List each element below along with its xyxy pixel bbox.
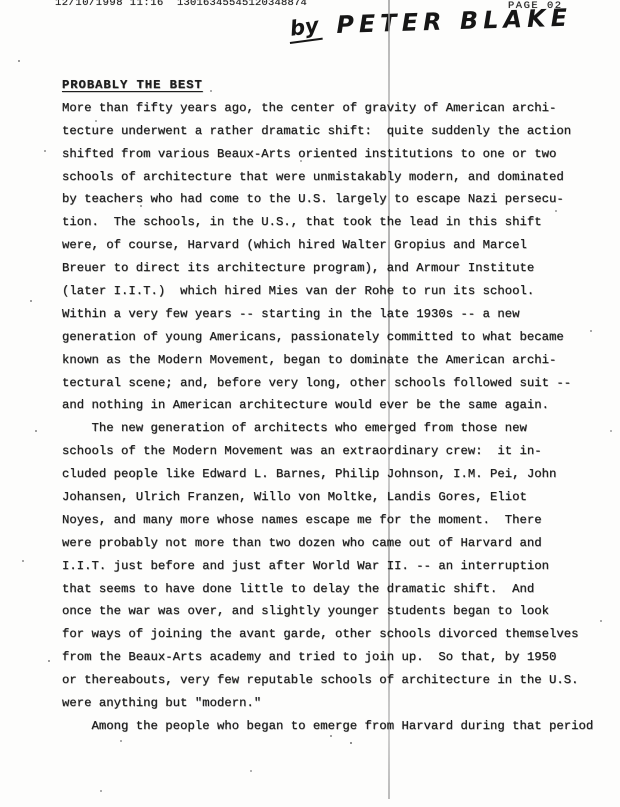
fax-number: 13016345545120348874 xyxy=(177,0,307,9)
text-line: for ways of joining the avant garde, oth… xyxy=(62,623,582,646)
text-line: or thereabouts, very few reputable schoo… xyxy=(62,669,582,692)
text-line: were anything but "modern." xyxy=(62,692,582,715)
scan-noise xyxy=(0,0,2,2)
fax-datetime: 12/10/1998 11:16 xyxy=(55,0,164,9)
text-line: Within a very few years -- starting in t… xyxy=(62,303,582,326)
text-line: Noyes, and many more whose names escape … xyxy=(62,509,582,532)
text-line: were probably not more than two dozen wh… xyxy=(62,532,582,555)
handwritten-author-name: PETER BLAKE xyxy=(336,4,573,39)
text-line: tion. The schools, in the U.S., that too… xyxy=(62,211,582,234)
text-line: (later I.I.T.) which hired Mies van der … xyxy=(62,280,582,303)
text-line: Among the people who began to emerge fro… xyxy=(62,715,582,738)
text-line: More than fifty years ago, the center of… xyxy=(62,97,582,120)
text-line: schools of architecture that were unmist… xyxy=(62,166,582,189)
text-line: cluded people like Edward L. Barnes, Phi… xyxy=(62,463,582,486)
text-line: Breuer to direct its architecture progra… xyxy=(62,257,582,280)
text-line: The new generation of architects who eme… xyxy=(62,417,582,440)
scanned-document-page: 12/10/1998 11:16 13016345545120348874 PA… xyxy=(0,0,620,807)
text-line: and nothing in American architecture wou… xyxy=(62,394,582,417)
text-line: tectural scene; and, before very long, o… xyxy=(62,372,582,395)
text-line: generation of young Americans, passionat… xyxy=(62,326,582,349)
text-line: I.I.T. just before and just after World … xyxy=(62,555,582,578)
handwritten-by: by xyxy=(286,13,322,44)
text-line: schools of the Modern Movement was an ex… xyxy=(62,440,582,463)
text-line: that seems to have done little to delay … xyxy=(62,578,582,601)
text-line: tecture underwent a rather dramatic shif… xyxy=(62,120,582,143)
text-line: once the war was over, and slightly youn… xyxy=(62,600,582,623)
document-title: PROBABLY THE BEST xyxy=(62,74,582,97)
text-line: shifted from various Beaux-Arts oriented… xyxy=(62,143,582,166)
text-line: from the Beaux-Arts academy and tried to… xyxy=(62,646,582,669)
text-line: Johansen, Ulrich Franzen, Willo von Molt… xyxy=(62,486,582,509)
text-line: were, of course, Harvard (which hired Wa… xyxy=(62,234,582,257)
typed-body: PROBABLY THE BEST More than fifty years … xyxy=(62,74,582,738)
text-line: by teachers who had come to the U.S. lar… xyxy=(62,188,582,211)
text-line: known as the Modern Movement, began to d… xyxy=(62,349,582,372)
